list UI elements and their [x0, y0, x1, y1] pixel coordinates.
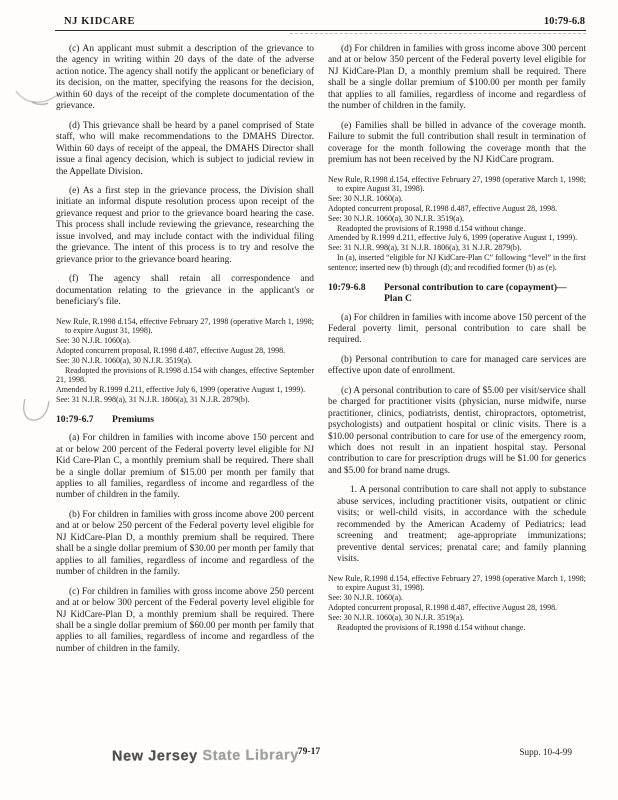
citation-line: See: 31 N.J.R. 998(a), 31 N.J.R. 1806(a)… — [328, 243, 586, 253]
section-number: 10:79-6.8 — [328, 282, 374, 305]
citation-line: See: 30 N.J.R. 1060(a), 30 N.J.R. 3519(a… — [328, 613, 586, 623]
stamp-text-dark: New Jersey — [112, 748, 203, 765]
header-rule-artifact — [290, 33, 586, 34]
citation-line: Readopted the provisions of R.1998 d.154… — [56, 366, 314, 386]
citation-line: Amended by R.1999 d.211, effective July … — [328, 233, 586, 243]
paragraph-b: (b) Personal contribution to care for ma… — [328, 355, 586, 378]
paragraph-a: (a) For children in families with income… — [56, 433, 314, 502]
citation-line: New Rule, R.1998 d.154, effective Februa… — [328, 574, 586, 594]
citation-line: See: 30 N.J.R. 1060(a). — [56, 336, 314, 346]
citation-block: New Rule, R.1998 d.154, effective Februa… — [328, 574, 586, 633]
paragraph-e: (e) Families shall be billed in advance … — [328, 121, 586, 167]
section-heading-premiums: 10:79-6.7 Premiums — [56, 414, 314, 426]
paragraph-f: (f) The agency shall retain all correspo… — [56, 274, 314, 308]
stamp-text-light: State Library — [202, 747, 299, 764]
citation-line: Readopted the provisions of R.1998 d.154… — [328, 224, 586, 234]
citation-line: Readopted the provisions of R.1998 d.154… — [328, 623, 586, 633]
citation-line: Amended by R.1999 d.211, effective July … — [56, 385, 314, 395]
paragraph-a: (a) For children in families with income… — [328, 313, 586, 347]
citation-line: See: 31 N.J.R. 998(a), 31 N.J.R. 1806(a)… — [56, 395, 314, 405]
pencil-mark — [16, 395, 58, 427]
citation-line: In (a), inserted “eligible for NJ KidCar… — [328, 253, 586, 273]
document-page: NJ KIDCARE 10:79-6.8 (c) An applicant mu… — [0, 0, 618, 800]
right-column: (d) For children in families with gross … — [328, 44, 586, 663]
paragraph-c2: (c) For children in families with gross … — [56, 587, 314, 656]
citation-line: Adopted concurrent proposal, R.1998 d.48… — [56, 346, 314, 356]
header-rule — [55, 30, 586, 31]
paragraph-b: (b) For children in families with gross … — [56, 510, 314, 579]
citation-line: New Rule, R.1998 d.154, effective Februa… — [56, 317, 314, 337]
citation-line: Adopted concurrent proposal, R.1998 d.48… — [328, 204, 586, 214]
citation-line: New Rule, R.1998 d.154, effective Februa… — [328, 175, 586, 195]
citation-line: See: 30 N.J.R. 1060(a), 30 N.J.R. 3519(a… — [328, 214, 586, 224]
section-title-line2: Plan C — [384, 293, 567, 305]
citation-line: See: 30 N.J.R. 1060(a), 30 N.J.R. 3519(a… — [56, 356, 314, 366]
left-column: (c) An applicant must submit a descripti… — [56, 44, 314, 663]
section-number: 10:79-6.7 — [56, 414, 102, 426]
supplement-date: Supp. 10-4-99 — [519, 747, 572, 757]
citation-block: New Rule, R.1998 d.154, effective Februa… — [328, 175, 586, 273]
paragraph-e: (e) As a first step in the grievance pro… — [56, 186, 314, 266]
section-title-line1: Personal contribution to care (copayment… — [384, 282, 567, 294]
paragraph-c: (c) An applicant must submit a descripti… — [56, 44, 314, 113]
citation-line: See: 30 N.J.R. 1060(a). — [328, 194, 586, 204]
two-column-body: (c) An applicant must submit a descripti… — [56, 44, 586, 663]
header-title: NJ KIDCARE — [64, 16, 135, 27]
subparagraph-1: 1. A personal contribution to care shall… — [337, 485, 586, 565]
paragraph-c: (c) A personal contribution to care of $… — [328, 386, 586, 478]
header-section-number: 10:79-6.8 — [544, 16, 585, 27]
citation-line: See: 30 N.J.R. 1060(a). — [328, 593, 586, 603]
section-title: Premiums — [112, 414, 154, 426]
paragraph-d: (d) For children in families with gross … — [328, 44, 586, 113]
citation-block: New Rule, R.1998 d.154, effective Februa… — [56, 317, 314, 405]
paragraph-d: (d) This grievance shall be heard by a p… — [56, 121, 314, 178]
library-stamp: New Jersey State Library — [112, 747, 299, 764]
section-heading-copayment: 10:79-6.8 Personal contribution to care … — [328, 282, 586, 305]
citation-line: Adopted concurrent proposal, R.1998 d.48… — [328, 603, 586, 613]
